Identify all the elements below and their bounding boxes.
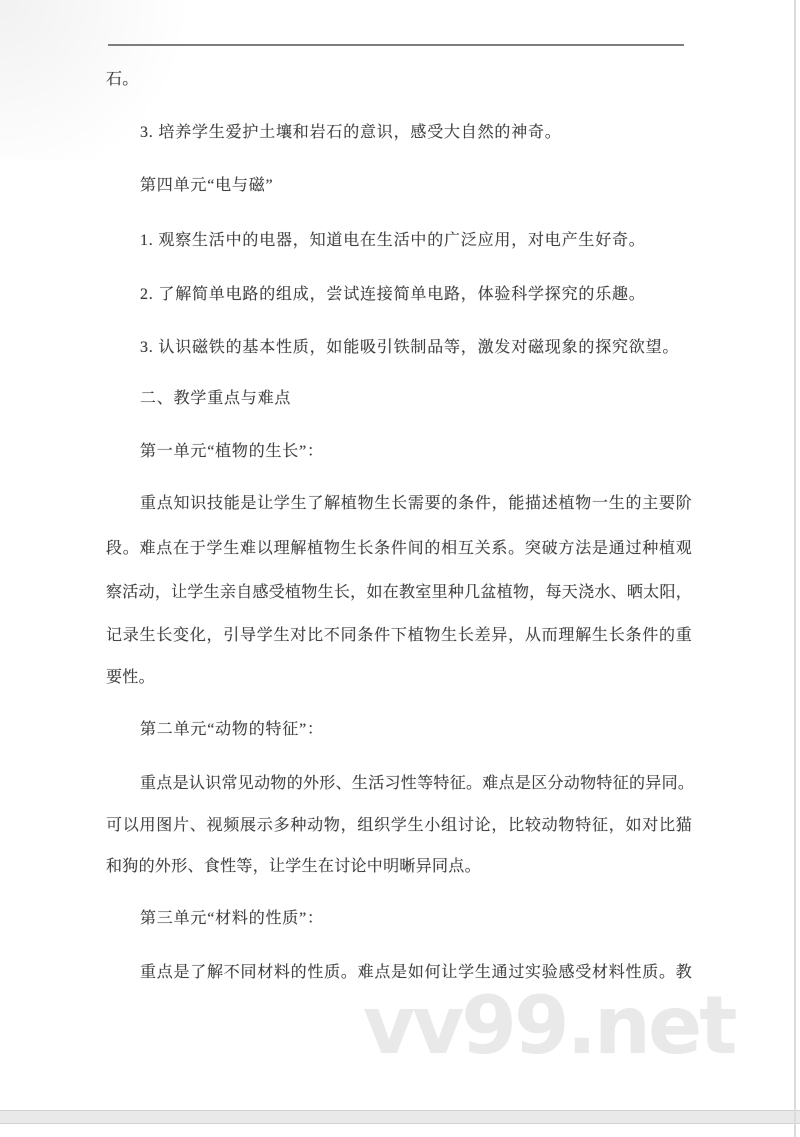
text-line: 3. 认识磁铁的基本性质，如能吸引铁制品等，激发对磁现象的探究欲望。 <box>140 338 679 358</box>
section-heading: 第四单元“电与磁” <box>140 176 273 196</box>
text-line: 重点是了解不同材料的性质。难点是如何让学生通过实验感受材料性质。教 <box>140 963 692 983</box>
section-heading: 第一单元“植物的生长”： <box>140 442 324 462</box>
text-line: 重点是认识常见动物的外形、生活习性等特征。难点是区分动物特征的异同。 <box>140 774 694 794</box>
section-heading: 第三单元“材料的性质”： <box>140 909 324 929</box>
text-line: 2. 了解简单电路的组成，尝试连接简单电路，体验科学探究的乐趣。 <box>140 285 646 305</box>
text-line: 记录生长变化，引导学生对比不同条件下植物生长差异，从而理解生长条件的重 <box>106 626 692 646</box>
text-line: 可以用图片、视频展示多种动物，组织学生小组讨论，比较动物特征，如对比猫 <box>106 816 692 836</box>
page-right-edge <box>794 0 796 1137</box>
text-line: 重点知识技能是让学生了解植物生长需要的条件，能描述植物一生的主要阶 <box>140 494 692 514</box>
divider-line <box>108 44 684 46</box>
text-line: 石。 <box>106 70 139 90</box>
text-line: 和狗的外形、食性等，让学生在讨论中明晰异同点。 <box>106 857 481 877</box>
text-line: 段。难点在于学生难以理解植物生长条件间的相互关系。突破方法是通过种植观 <box>106 539 692 559</box>
text-line: 要性。 <box>106 668 155 688</box>
document-page: 石。 3. 培养学生爱护土壤和岩石的意识，感受大自然的神奇。 第四单元“电与磁”… <box>0 0 800 1137</box>
text-line: 1. 观察生活中的电器，知道电在生活中的广泛应用，对电产生好奇。 <box>140 231 646 251</box>
page-break-band <box>0 1110 800 1124</box>
site-watermark: vv99.net <box>363 988 734 1064</box>
text-line: 察活动，让学生亲自感受植物生长，如在教室里种几盆植物，每天浇水、晒太阳， <box>106 583 692 603</box>
text-line: 3. 培养学生爱护土壤和岩石的意识，感受大自然的神奇。 <box>140 123 562 143</box>
section-heading: 第二单元“动物的特征”： <box>140 720 324 740</box>
section-heading: 二、教学重点与难点 <box>140 389 291 409</box>
